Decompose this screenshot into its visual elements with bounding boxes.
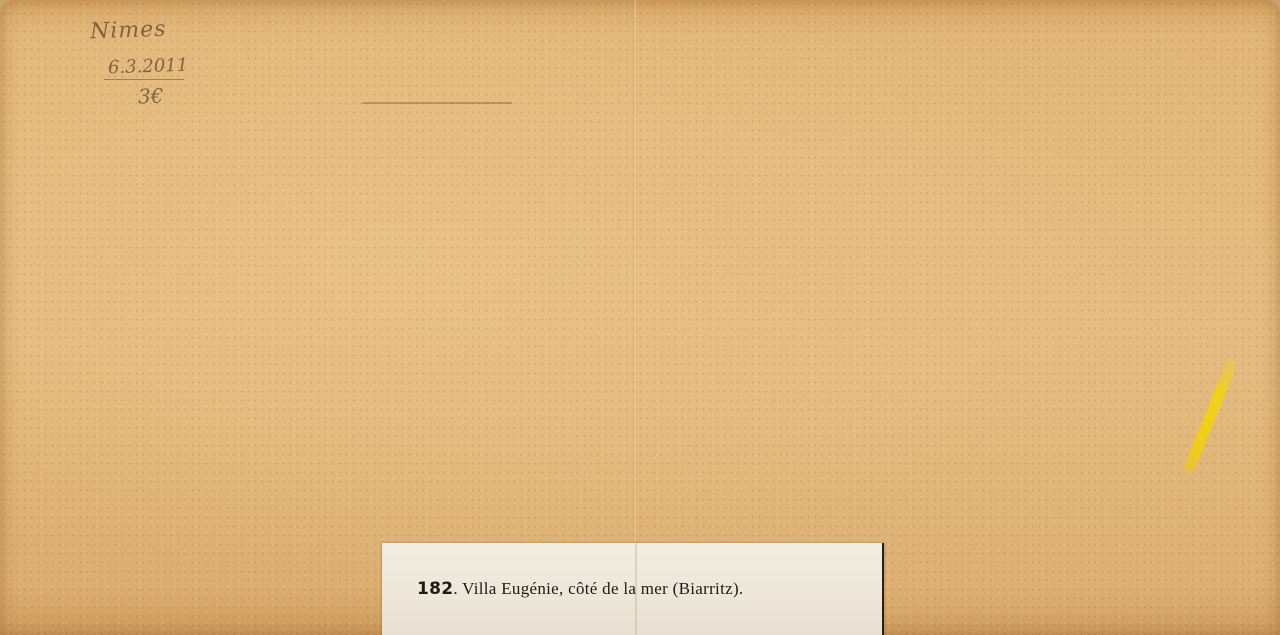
pencil-scratch-mark (362, 102, 512, 104)
pencil-note-price: 3€ (138, 84, 164, 109)
caption-label: 182. Villa Eugénie, côté de la mer (Biar… (382, 543, 884, 635)
center-fold-crease (633, 0, 637, 545)
paper-texture (0, 0, 1280, 635)
stereoview-card-back: Nimes 6.3.2011 3€ 182. Villa Eugénie, cô… (0, 0, 1280, 635)
caption-text: 182. Villa Eugénie, côté de la mer (Biar… (417, 579, 743, 599)
view-number: 182 (417, 579, 453, 599)
view-title: . Villa Eugénie, côté de la mer (Biarrit… (453, 579, 743, 598)
pencil-note-place: Nimes (90, 17, 167, 45)
pencil-underline (104, 79, 184, 80)
pencil-note-date: 6.3.2011 (108, 55, 189, 79)
